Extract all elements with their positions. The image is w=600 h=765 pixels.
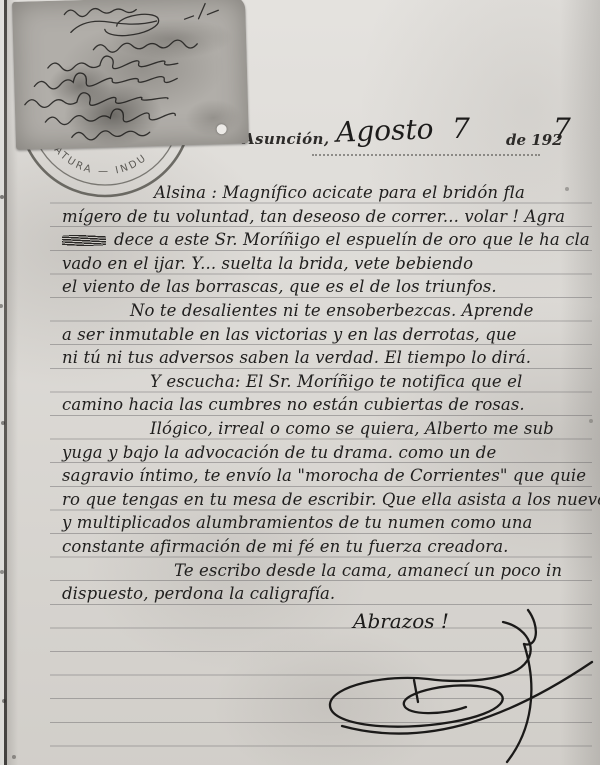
letter-line: y multiplicados alumbramientos de tu num… [62,511,592,535]
letter-line: Y escucha: El Sr. Moríñigo te notifica q… [62,370,592,394]
letter-line: constante afirmación de mi fé en tu fuer… [62,535,592,559]
letter-line-text: yuga y bajo la advocación de tu drama. c… [62,443,496,462]
letter-line-text: camino hacia las cumbres no están cubier… [62,395,525,414]
letter-line: ro que tengas en tu mesa de escribir. Qu… [62,488,592,512]
letter-line: Ilógico, irreal o como se quiera, Albert… [62,417,592,441]
letter-line: mígero de tu voluntad, tan deseoso de co… [62,205,592,229]
letter-line-text: vado en el ijar. Y... suelta la brida, v… [62,254,473,273]
letter-line-text: dece a este Sr. Moríñigo el espuelín de … [114,230,590,249]
letter-line-text: ni tú ni tus adversos saben la verdad. E… [62,348,531,367]
letter-line-text: el viento de las borrascas, que es el de… [62,277,497,296]
letter-line: No te desalientes ni te ensoberbezcas. A… [62,299,592,323]
stamp-arc-text: ATURA — INDU [52,145,150,178]
date-dotted-line [312,154,540,156]
scan-specks [0,0,2,2]
letter-line: ni tú ni tus adversos saben la verdad. E… [62,346,592,370]
letter-line: yuga y bajo la advocación de tu drama. c… [62,441,592,465]
scan-edge-line [4,0,7,765]
letter-line-text: Te escribo desde la cama, amanecí un poc… [174,561,562,580]
letter-line: Te escribo desde la cama, amanecí un poc… [62,559,592,583]
letter-line-text: Y escucha: El Sr. Moríñigo te notifica q… [150,372,522,391]
letter-line-text: y multiplicados alumbramientos de tu num… [62,513,533,532]
letter-line-text: mígero de tu voluntad, tan deseoso de co… [62,207,565,226]
attached-note-card-upside-down [12,0,249,150]
handwritten-day: 7 [452,112,470,145]
letter-line: Alsina : Magnífico acicate para el bridó… [62,181,592,205]
letter-line-text: constante afirmación de mi fé en tu fuer… [62,537,508,556]
letter-line: sagravio íntimo, te envío la "morocha de… [62,464,592,488]
scanned-letter-page: ATURA — INDU Asunción, Agosto 7 de 192 7 [0,0,600,765]
svg-text:ATURA — INDU: ATURA — INDU [52,145,150,178]
handwritten-month: Agosto [335,112,434,148]
letter-line-text: sagravio íntimo, te envío la "morocha de… [62,466,586,485]
letter-line-text: Alsina : Magnífico acicate para el bridó… [154,183,525,202]
letter-lines: Alsina : Magnífico acicate para el bridó… [62,181,592,606]
illegible-cursive-scribbles [12,0,249,150]
letter-line-text: No te desalientes ni te ensoberbezcas. A… [130,301,533,320]
signature-flourish [310,600,600,765]
letter-line-text: Ilógico, irreal o como se quiera, Albert… [150,419,554,438]
letter-line: camino hacia las cumbres no están cubier… [62,393,592,417]
letter-line: dece a este Sr. Moríñigo el espuelín de … [62,228,592,252]
handwritten-year-digit: 7 [553,112,571,145]
letter-line-text: a ser inmutable en las victorias y en la… [62,325,516,344]
letter-line-text: dispuesto, perdona la caligrafía. [62,584,335,603]
printed-place-label: Asunción, [243,130,329,148]
letter-line-text: ro que tengas en tu mesa de escribir. Qu… [62,490,600,509]
struck-out-word [62,235,106,246]
letter-line: el viento de las borrascas, que es el de… [62,275,592,299]
letter-line: a ser inmutable en las victorias y en la… [62,323,592,347]
letter-line: vado en el ijar. Y... suelta la brida, v… [62,252,592,276]
